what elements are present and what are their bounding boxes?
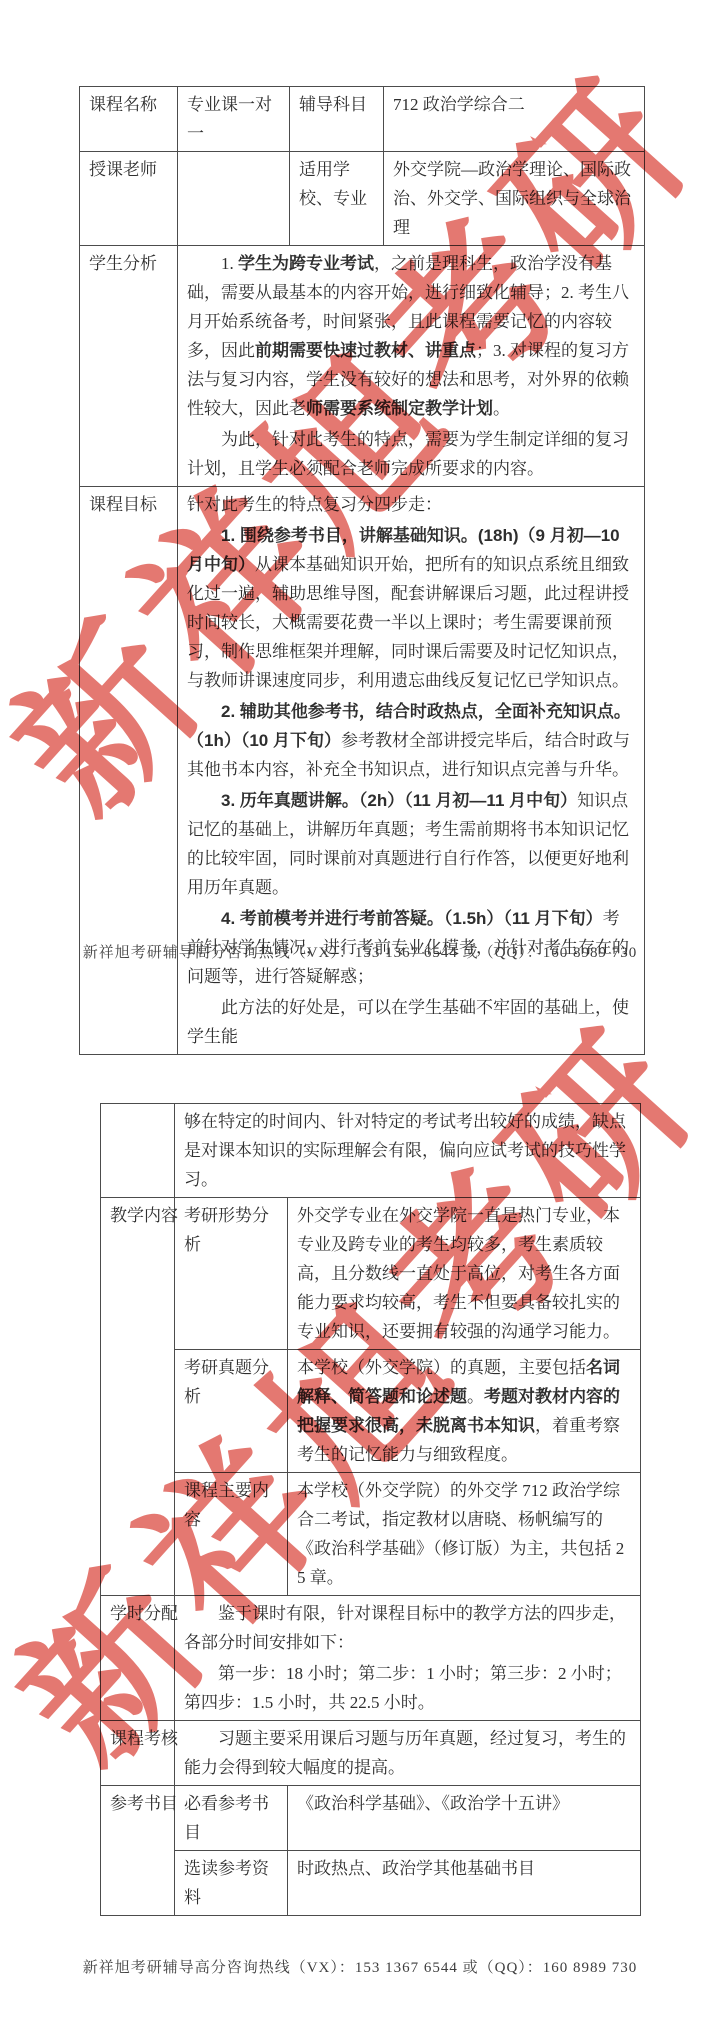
- course-main-content-label: 课程主要内容: [175, 1473, 288, 1596]
- reference-books-label: 参考书目: [101, 1786, 175, 1916]
- paragraph: 本学校（外交学院）的真题，主要包括名词解释、简答题和论述题。考题对教材内容的把握…: [297, 1353, 631, 1469]
- course-name-label: 课程名称: [80, 87, 178, 152]
- table-row: 选读参考资料 时政热点、政治学其他基础书目: [101, 1851, 641, 1916]
- course-assessment-content: 习题主要采用课后习题与历年真题，经过复习，考生的能力会得到较大幅度的提高。: [175, 1721, 641, 1786]
- table-row: 课程主要内容 本学校（外交学院）的外交学 712 政治学综合二考试，指定教材以唐…: [101, 1473, 641, 1596]
- table-row: 课程名称 专业课一对一 辅导科目 712 政治学综合二: [80, 87, 645, 152]
- past-papers-analysis-content: 本学校（外交学院）的真题，主要包括名词解释、简答题和论述题。考题对教材内容的把握…: [288, 1350, 641, 1473]
- footer-hotline-page2: 新祥旭考研辅导高分咨询热线（VX）：153 1367 6544 或（QQ）：16…: [0, 1956, 720, 1977]
- course-goal-label: 课程目标: [80, 487, 178, 1055]
- optional-read-value: 时政热点、政治学其他基础书目: [288, 1851, 641, 1916]
- paragraph: 外交学专业在外交学院一直是热门专业，本专业及跨专业的考生均较多，考生素质较高，且…: [297, 1201, 631, 1346]
- course-assessment-label: 课程考核: [101, 1721, 175, 1786]
- hours-allocation-content: 鉴于课时有限，针对课程目标中的教学方法的四步走，各部分时间安排如下： 第一步：1…: [175, 1596, 641, 1721]
- subject-value: 712 政治学综合二: [384, 87, 645, 152]
- paragraph: 第一步：18 小时；第二步：1 小时；第三步：2 小时；第四步：1.5 小时，共…: [184, 1659, 631, 1717]
- exam-situation-label: 考研形势分析: [175, 1198, 288, 1350]
- teaching-content-label: 教学内容: [101, 1198, 175, 1596]
- table-row: 授课老师 适用学校、专业 外交学院—政治学理论、国际政治、外交学、国际组织与全球…: [80, 152, 645, 246]
- paragraph: 1. 学生为跨专业考试，之前是理科生，政治学没有基础，需要从最基本的内容开始，进…: [187, 249, 635, 423]
- hours-allocation-label: 学时分配: [101, 1596, 175, 1721]
- table-row: 教学内容 考研形势分析 外交学专业在外交学院一直是热门专业，本专业及跨专业的考生…: [101, 1198, 641, 1350]
- subject-label: 辅导科目: [290, 87, 384, 152]
- table-row: 够在特定的时间内、针对特定的考试考出较好的成绩，缺点是对课本知识的实际理解会有限…: [101, 1104, 641, 1198]
- table-row: 学生分析 1. 学生为跨专业考试，之前是理科生，政治学没有基础，需要从最基本的内…: [80, 246, 645, 487]
- table-row: 参考书目 必看参考书目 《政治科学基础》、《政治学十五讲》: [101, 1786, 641, 1851]
- paragraph: 够在特定的时间内、针对特定的考试考出较好的成绩，缺点是对课本知识的实际理解会有限…: [184, 1107, 631, 1194]
- paragraph: 此方法的好处是，可以在学生基础不牢固的基础上，使学生能: [187, 993, 635, 1051]
- student-analysis-label: 学生分析: [80, 246, 178, 487]
- paragraph: 针对此考生的特点复习分四步走：: [187, 490, 635, 519]
- paragraph: 鉴于课时有限，针对课程目标中的教学方法的四步走，各部分时间安排如下：: [184, 1599, 631, 1657]
- table-row: 学时分配 鉴于课时有限，针对课程目标中的教学方法的四步走，各部分时间安排如下： …: [101, 1596, 641, 1721]
- optional-read-label: 选读参考资料: [175, 1851, 288, 1916]
- school-value: 外交学院—政治学理论、国际政治、外交学、国际组织与全球治理: [384, 152, 645, 246]
- paragraph: 3. 历年真题讲解。（2h）（11 月初—11 月中旬）知识点记忆的基础上，讲解…: [187, 786, 635, 902]
- paragraph: 本学校（外交学院）的外交学 712 政治学综合二考试，指定教材以唐晓、杨帆编写的…: [297, 1476, 631, 1592]
- course-goal-content: 针对此考生的特点复习分四步走： 1. 围绕参考书目，讲解基础知识。(18h)（9…: [178, 487, 645, 1055]
- table-row: 考研真题分析 本学校（外交学院）的真题，主要包括名词解释、简答题和论述题。考题对…: [101, 1350, 641, 1473]
- course-name-value: 专业课一对一: [178, 87, 290, 152]
- teacher-label: 授课老师: [80, 152, 178, 246]
- paragraph: 2. 辅助其他参考书，结合时政热点，全面补充知识点。（1h）（10 月下旬）参考…: [187, 697, 635, 784]
- paragraph: 1. 围绕参考书目，讲解基础知识。(18h)（9 月初—10 月中旬）从课本基础…: [187, 521, 635, 695]
- teacher-value: [178, 152, 290, 246]
- course-goal-carryover-content: 够在特定的时间内、针对特定的考试考出较好的成绩，缺点是对课本知识的实际理解会有限…: [175, 1104, 641, 1198]
- course-plan-table-page1: 课程名称 专业课一对一 辅导科目 712 政治学综合二 授课老师 适用学校、专业…: [79, 86, 645, 1055]
- course-plan-table-page2: 够在特定的时间内、针对特定的考试考出较好的成绩，缺点是对课本知识的实际理解会有限…: [100, 1103, 641, 1916]
- past-papers-analysis-label: 考研真题分析: [175, 1350, 288, 1473]
- exam-situation-content: 外交学专业在外交学院一直是热门专业，本专业及跨专业的考生均较多，考生素质较高，且…: [288, 1198, 641, 1350]
- student-analysis-content: 1. 学生为跨专业考试，之前是理科生，政治学没有基础，需要从最基本的内容开始，进…: [178, 246, 645, 487]
- paragraph: 为此，针对此考生的特点，需要为学生制定详细的复习计划，且学生必须配合老师完成所要…: [187, 425, 635, 483]
- course-main-content: 本学校（外交学院）的外交学 712 政治学综合二考试，指定教材以唐晓、杨帆编写的…: [288, 1473, 641, 1596]
- footer-hotline-page1: 新祥旭考研辅导高分咨询热线（VX）：153 1367 6544 或（QQ）：16…: [0, 941, 720, 962]
- empty-cell: [101, 1104, 175, 1198]
- table-row: 课程目标 针对此考生的特点复习分四步走： 1. 围绕参考书目，讲解基础知识。(1…: [80, 487, 645, 1055]
- document-canvas: 课程名称 专业课一对一 辅导科目 712 政治学综合二 授课老师 适用学校、专业…: [0, 0, 720, 2036]
- must-read-label: 必看参考书目: [175, 1786, 288, 1851]
- must-read-value: 《政治科学基础》、《政治学十五讲》: [288, 1786, 641, 1851]
- school-label: 适用学校、专业: [290, 152, 384, 246]
- table-row: 课程考核 习题主要采用课后习题与历年真题，经过复习，考生的能力会得到较大幅度的提…: [101, 1721, 641, 1786]
- paragraph: 习题主要采用课后习题与历年真题，经过复习，考生的能力会得到较大幅度的提高。: [184, 1724, 631, 1782]
